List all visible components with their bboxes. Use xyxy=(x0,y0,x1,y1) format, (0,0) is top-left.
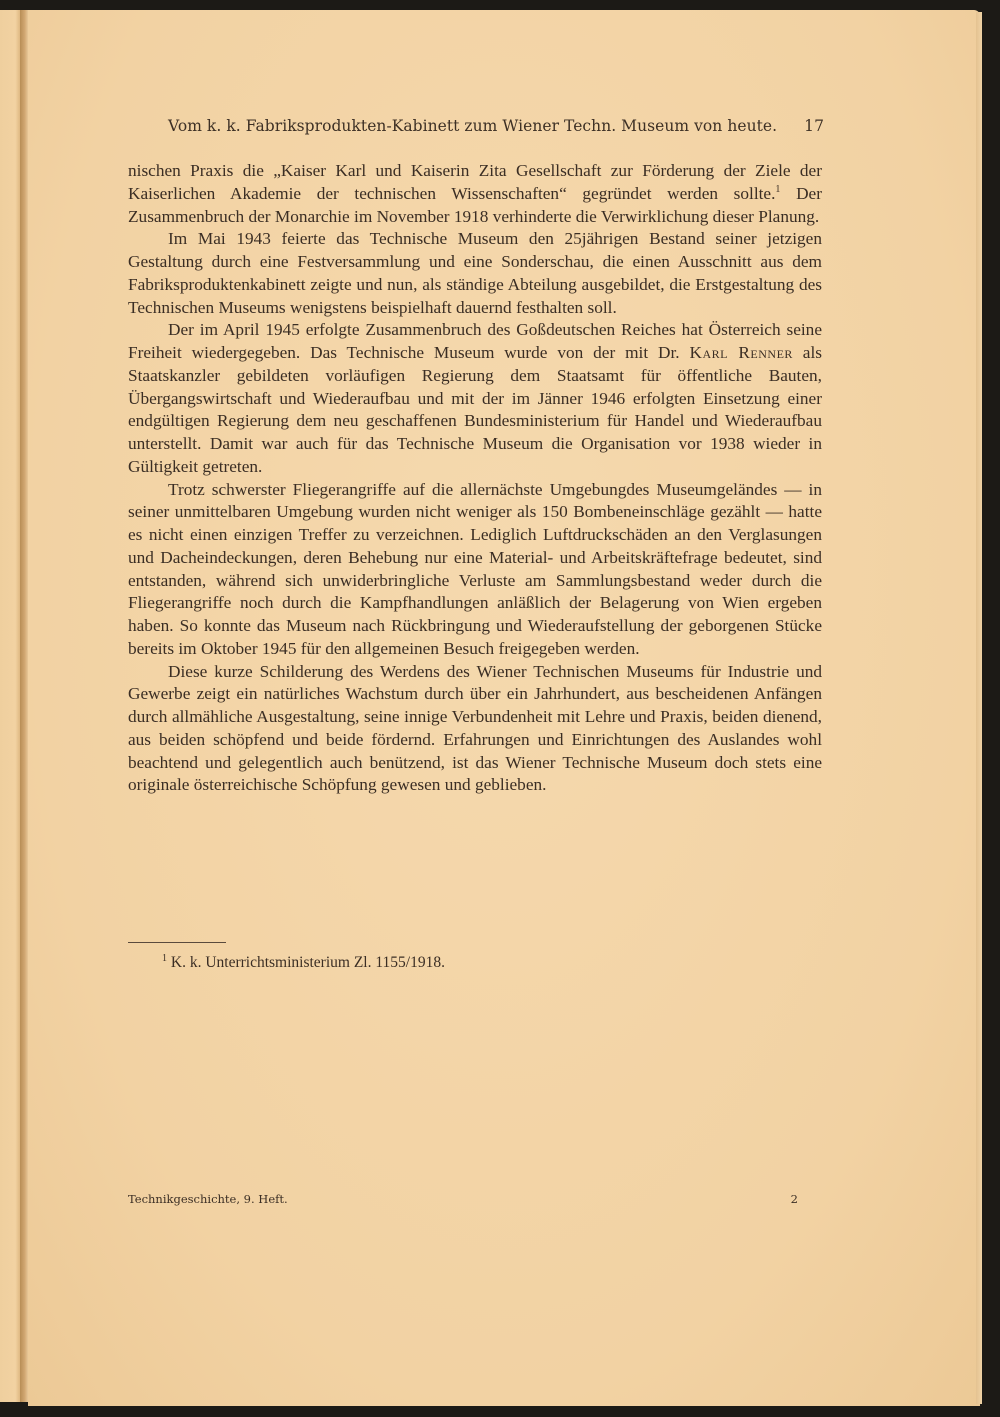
paragraph-text: als Staatskanzler gebildeten vorläufigen… xyxy=(128,343,822,476)
paragraph-3: Der im April 1945 erfolgte Zusammenbruch… xyxy=(128,319,822,478)
paragraph-5: Diese kurze Schilderung des Werdens des … xyxy=(128,661,822,798)
footnote-rule xyxy=(128,942,226,943)
page-stack-edge xyxy=(976,12,982,1404)
page-footer: Technikgeschichte, 9. Heft. 2 xyxy=(128,1192,798,1206)
book-gutter xyxy=(20,10,28,1402)
running-title: Vom k. k. Fabriksprodukten-Kabinett zum … xyxy=(168,117,777,135)
paragraph-1: nischen Praxis die „Kaiser Karl und Kais… xyxy=(128,160,822,228)
person-name: Karl Renner xyxy=(690,343,793,362)
paragraph-text: nischen Praxis die „Kaiser Karl und Kais… xyxy=(128,161,822,203)
signature-line: Technikgeschichte, 9. Heft. xyxy=(128,1192,288,1206)
paragraph-4: Trotz schwerster Fliegerangriffe auf die… xyxy=(128,479,822,661)
page-number: 17 xyxy=(804,117,824,135)
paragraph-2: Im Mai 1943 feierte das Technische Museu… xyxy=(128,228,822,319)
running-head: Vom k. k. Fabriksprodukten-Kabinett zum … xyxy=(168,117,824,135)
previous-page-edge xyxy=(0,10,22,1402)
footnote-text: K. k. Unterrichtsministerium Zl. 1155/19… xyxy=(167,954,445,971)
body-text: nischen Praxis die „Kaiser Karl und Kais… xyxy=(128,160,822,797)
sheet-number: 2 xyxy=(791,1192,798,1206)
footnote: 1 K. k. Unterrichtsministerium Zl. 1155/… xyxy=(162,954,445,972)
